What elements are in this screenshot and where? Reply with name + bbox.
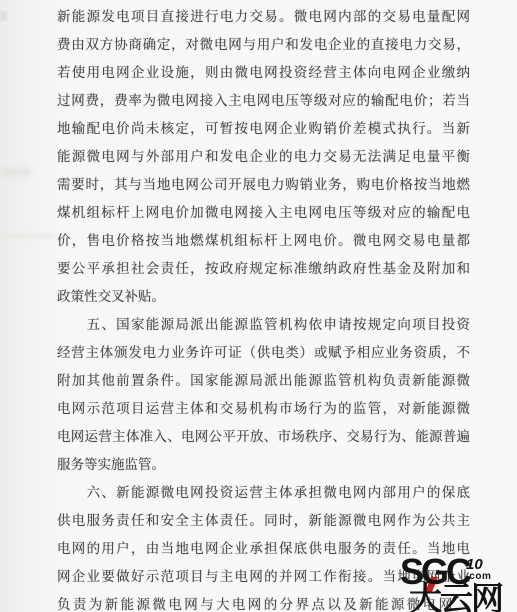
text-line: 价，售电价格按当地燃煤机组标杆上网电价。微电网交易电量都: [57, 227, 470, 255]
text-line: 需要时，其与当地电网公司开展电力购销业务，购电价格按当地燃: [57, 171, 470, 199]
scanned-document-page: 新能源发电项目直接进行电力交易。微电网内部的交易电量配网 费由双方协商确定，对微…: [0, 0, 517, 612]
text-line: 若使用电网企业设施，则由微电网投资经营主体向电网企业缴纳: [57, 59, 470, 87]
watermark-suffix: 10 .com: [466, 559, 491, 582]
document-text-column: 新能源发电项目直接进行电力交易。微电网内部的交易电量配网 费由双方协商确定，对微…: [57, 3, 470, 612]
text-line-section-5: 五、国家能源局派出能源监管机构依申请按规定向项目投资: [57, 311, 470, 339]
text-line: 新能源发电项目直接进行电力交易。微电网内部的交易电量配网: [57, 3, 470, 31]
text-line: 地输配电价尚未核定，可暂按电网企业购销价差模式执行。当新: [57, 115, 470, 143]
text-line: 附加其他前置条件。国家能源局派出能源监管机构负责新能源微: [57, 367, 470, 395]
scan-artifact: [0, 11, 7, 21]
text-line: 能源微电网与外部用户和发电企业的电力交易无法满足电量平衡: [57, 143, 470, 171]
text-line: 电网运营主体准入、电网公平开放、市场秩序、交易行为、能源普遍: [57, 423, 470, 451]
text-line: 煤机组标杆上网电价加微电网接入主电网电压等级对应的输配电: [57, 199, 470, 227]
text-line: 服务等实施监管。: [57, 451, 470, 479]
scan-artifact: [0, 234, 56, 238]
watermark: SGC 10 .com 大云网: [394, 549, 517, 612]
watermark-superscript: 10: [466, 559, 491, 571]
text-line: 要公平承担社会责任，按政府规定标准缴纳政府性基金及附加和: [57, 255, 470, 283]
text-line: 经营主体颁发电力业务许可证（供电类）或赋予相应业务资质，不: [57, 339, 470, 367]
text-line-section-6: 六、新能源微电网投资运营主体承担微电网内部用户的保底: [57, 479, 470, 507]
text-line: 费由双方协商确定，对微电网与用户和发电企业的直接电力交易，: [57, 31, 470, 59]
text-line: 过网费，费率为微电网接入主电网电压等级对应的输配电价；若当: [57, 87, 470, 115]
text-line: 政策性交叉补贴。: [57, 283, 470, 311]
text-line: 供电服务责任和安全主体责任。同时，新能源微电网作为公共主: [57, 507, 470, 535]
watermark-site-name: 大云网: [409, 582, 502, 612]
text-line: 电网示范项目运营主体和交易机构市场行为的监管，对新能源微: [57, 395, 470, 423]
scan-artifact: [0, 168, 30, 177]
